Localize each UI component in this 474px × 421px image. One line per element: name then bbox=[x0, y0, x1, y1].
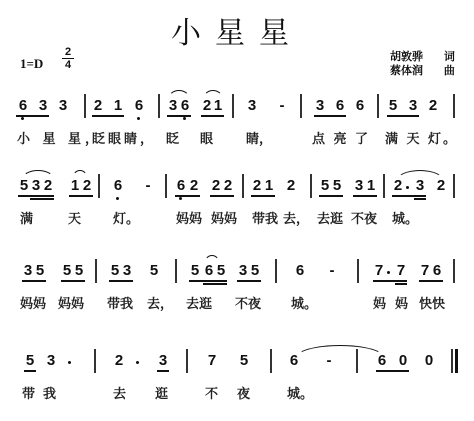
note: 2 bbox=[435, 178, 447, 194]
lyric: 满 天 灯。 bbox=[385, 128, 458, 147]
note: 1 bbox=[263, 178, 275, 194]
lyric: 小 星 星， bbox=[17, 128, 102, 147]
lyric: 眨 bbox=[166, 128, 179, 147]
lyric: 睛， bbox=[246, 128, 272, 147]
tie bbox=[295, 345, 385, 358]
lyric: 天 bbox=[68, 208, 81, 227]
note: 2 bbox=[113, 353, 125, 369]
bar-line bbox=[275, 259, 277, 283]
low-octave-dot bbox=[116, 197, 119, 200]
note: 5 bbox=[61, 263, 73, 279]
sixteenth-underline bbox=[203, 283, 227, 285]
sixteenth-underline bbox=[30, 198, 54, 200]
staff-system-3: 3 5 5 5 5 3 5 5 6 5 3 5 6 - 7 7 7 6 妈妈 妈… bbox=[0, 255, 474, 325]
eighth-underline bbox=[16, 115, 49, 117]
low-octave-dot bbox=[21, 117, 24, 120]
lyricist-role: 词 bbox=[444, 50, 455, 64]
note: 2 bbox=[42, 178, 54, 194]
note: 1 bbox=[112, 98, 124, 114]
note: 6 bbox=[431, 263, 443, 279]
note: 3 bbox=[45, 353, 57, 369]
note: 2 bbox=[392, 178, 404, 194]
time-signature: 2 4 bbox=[62, 46, 74, 71]
lyric: 不夜 bbox=[351, 208, 377, 227]
lyric: 逛 bbox=[155, 383, 168, 402]
lyric: 去， bbox=[283, 208, 309, 227]
note: 2 bbox=[92, 98, 104, 114]
note: 7 bbox=[395, 263, 407, 279]
note: 5 bbox=[215, 263, 227, 279]
note: 2 bbox=[210, 178, 222, 194]
lyric: 妈妈 bbox=[58, 293, 84, 312]
note: 1 bbox=[69, 178, 81, 194]
eighth-underline bbox=[251, 195, 275, 197]
eighth-underline bbox=[109, 280, 133, 282]
eighth-underline bbox=[175, 195, 200, 197]
eighth-underline bbox=[92, 115, 124, 117]
note: 6 bbox=[376, 353, 388, 369]
note: 5 bbox=[24, 353, 36, 369]
note: 5 bbox=[238, 353, 250, 369]
note: 6 bbox=[175, 178, 187, 194]
augmentation-dot bbox=[406, 186, 409, 189]
note: 7 bbox=[373, 263, 385, 279]
final-bar-thick bbox=[455, 349, 458, 373]
lyric: 眼 bbox=[200, 128, 213, 147]
eighth-underline bbox=[387, 115, 419, 117]
staff-system-2: 5 3 2 1 2 6 - 6 2 2 2 2 1 2 5 5 3 1 2 3 … bbox=[0, 170, 474, 240]
eighth-underline bbox=[314, 115, 346, 117]
bar-line bbox=[453, 259, 455, 283]
eighth-underline bbox=[376, 370, 409, 372]
bar-line bbox=[270, 349, 272, 373]
time-signature-numerator: 2 bbox=[62, 46, 74, 59]
final-bar-thin bbox=[451, 349, 453, 373]
note: 3 bbox=[30, 178, 42, 194]
bar-line bbox=[357, 259, 359, 283]
bar-line bbox=[158, 94, 160, 118]
lyric: 点 亮 了 bbox=[312, 128, 370, 147]
note: 6 bbox=[203, 263, 215, 279]
lyric: 城。 bbox=[291, 293, 317, 312]
lyric: 带我 bbox=[22, 383, 64, 402]
eighth-underline bbox=[201, 115, 224, 117]
note: 6 bbox=[179, 98, 191, 114]
lyric: 夜 bbox=[237, 383, 250, 402]
note: 6 bbox=[288, 353, 300, 369]
note: 5 bbox=[387, 98, 399, 114]
sixteenth-underline bbox=[395, 283, 407, 285]
lyric: 妈妈 bbox=[20, 293, 46, 312]
lyricist-name: 胡敦骅 bbox=[390, 50, 440, 64]
lyric: 妈妈 bbox=[176, 208, 202, 227]
note: 5 bbox=[331, 178, 343, 194]
note: 2 bbox=[222, 178, 234, 194]
lyric: 快快 bbox=[419, 293, 445, 312]
eighth-underline bbox=[319, 195, 343, 197]
note: 5 bbox=[189, 263, 201, 279]
lyric: 带我 bbox=[107, 293, 133, 312]
note: 3 bbox=[237, 263, 249, 279]
lyric: 去逛 bbox=[317, 208, 343, 227]
note: 3 bbox=[167, 98, 179, 114]
note: 3 bbox=[157, 353, 169, 369]
note: 3 bbox=[407, 98, 419, 114]
note: 3 bbox=[314, 98, 326, 114]
bar-line bbox=[310, 174, 312, 198]
lyric: 妈 bbox=[395, 293, 408, 312]
note: 1 bbox=[365, 178, 377, 194]
lyric: 不 bbox=[205, 383, 218, 402]
note: 6 bbox=[354, 98, 366, 114]
lyric: 带我 bbox=[252, 208, 278, 227]
note: 0 bbox=[423, 353, 435, 369]
note: 7 bbox=[419, 263, 431, 279]
eighth-underline bbox=[353, 195, 377, 197]
note: 3 bbox=[353, 178, 365, 194]
eighth-underline bbox=[167, 115, 191, 117]
key-signature: 1=D bbox=[20, 56, 43, 72]
eighth-underline bbox=[69, 195, 93, 197]
lyric: 去 bbox=[113, 383, 126, 402]
bar-line bbox=[175, 259, 177, 283]
dash: - bbox=[142, 178, 154, 194]
eighth-underline bbox=[189, 280, 227, 282]
lyric: 灯。 bbox=[113, 208, 139, 227]
augmentation-dot bbox=[136, 361, 139, 364]
bar-line bbox=[95, 259, 97, 283]
bar-line bbox=[300, 94, 302, 118]
lyric: 妈妈 bbox=[211, 208, 237, 227]
lyric: 城。 bbox=[392, 208, 418, 227]
eighth-underline bbox=[373, 280, 407, 282]
bar-line bbox=[98, 174, 100, 198]
note: 3 bbox=[121, 263, 133, 279]
lyric: 不夜 bbox=[235, 293, 261, 312]
note: 3 bbox=[246, 98, 258, 114]
eighth-underline bbox=[419, 280, 443, 282]
staff-system-4: 5 3 2 3 7 5 6 - 6 0 0 带我 去 逛 不 夜 城。 bbox=[0, 345, 474, 415]
note: 2 bbox=[81, 178, 93, 194]
note: 2 bbox=[251, 178, 263, 194]
note: 3 bbox=[57, 98, 69, 114]
eighth-underline bbox=[61, 280, 85, 282]
bar-line bbox=[242, 174, 244, 198]
bar-line bbox=[377, 94, 379, 118]
lyric: 妈 bbox=[373, 293, 386, 312]
eighth-underline bbox=[392, 195, 426, 197]
augmentation-dot bbox=[68, 361, 71, 364]
bar-line bbox=[94, 349, 96, 373]
note: 2 bbox=[188, 178, 200, 194]
note: 2 bbox=[427, 98, 439, 114]
lyric: 眨眼睛， bbox=[92, 128, 156, 147]
note: 3 bbox=[414, 178, 426, 194]
lyricist-credit: 胡敦骅 词 bbox=[390, 50, 455, 64]
augmentation-dot bbox=[387, 271, 390, 274]
note: 3 bbox=[37, 98, 49, 114]
eighth-underline bbox=[18, 195, 54, 197]
note: 5 bbox=[319, 178, 331, 194]
dash: - bbox=[323, 353, 335, 369]
bar-line bbox=[453, 94, 455, 118]
note: 3 bbox=[22, 263, 34, 279]
note: 0 bbox=[397, 353, 409, 369]
bar-line bbox=[84, 94, 86, 118]
eighth-underline bbox=[24, 370, 36, 372]
note: 5 bbox=[249, 263, 261, 279]
note: 2 bbox=[285, 178, 297, 194]
eighth-underline bbox=[210, 195, 234, 197]
dash: - bbox=[326, 263, 338, 279]
note: 5 bbox=[109, 263, 121, 279]
lyric: 满 bbox=[20, 208, 33, 227]
composer-credit: 蔡体润 曲 bbox=[390, 64, 455, 78]
low-octave-dot bbox=[179, 197, 182, 200]
eighth-underline bbox=[157, 370, 169, 372]
note: 6 bbox=[133, 98, 145, 114]
staff-system-1: 6 3 3 2 1 6 3 6 2 1 3 - 3 6 6 5 3 2 小 星 … bbox=[0, 90, 474, 160]
time-signature-denominator: 4 bbox=[62, 59, 74, 71]
note: 5 bbox=[34, 263, 46, 279]
composer-role: 曲 bbox=[444, 64, 455, 78]
credits: 胡敦骅 词 蔡体润 曲 bbox=[390, 50, 455, 78]
eighth-underline bbox=[22, 280, 46, 282]
low-octave-dot bbox=[183, 117, 186, 120]
note: 5 bbox=[73, 263, 85, 279]
lyric: 去逛 bbox=[186, 293, 212, 312]
composer-name: 蔡体润 bbox=[390, 64, 440, 78]
note: 6 bbox=[17, 98, 29, 114]
note: 6 bbox=[334, 98, 346, 114]
lyric: 城。 bbox=[287, 383, 313, 402]
low-octave-dot bbox=[137, 117, 140, 120]
lyric: 去， bbox=[147, 293, 173, 312]
bar-line bbox=[165, 174, 167, 198]
note: 5 bbox=[148, 263, 160, 279]
note: 6 bbox=[294, 263, 306, 279]
note: 7 bbox=[206, 353, 218, 369]
note: 1 bbox=[212, 98, 224, 114]
bar-line bbox=[232, 94, 234, 118]
dash: - bbox=[276, 98, 288, 114]
eighth-underline bbox=[237, 280, 261, 282]
note: 6 bbox=[112, 178, 124, 194]
bar-line bbox=[186, 349, 188, 373]
bar-line bbox=[383, 174, 385, 198]
bar-line bbox=[356, 349, 358, 373]
sixteenth-underline bbox=[414, 198, 426, 200]
bar-line bbox=[453, 174, 455, 198]
note: 5 bbox=[18, 178, 30, 194]
